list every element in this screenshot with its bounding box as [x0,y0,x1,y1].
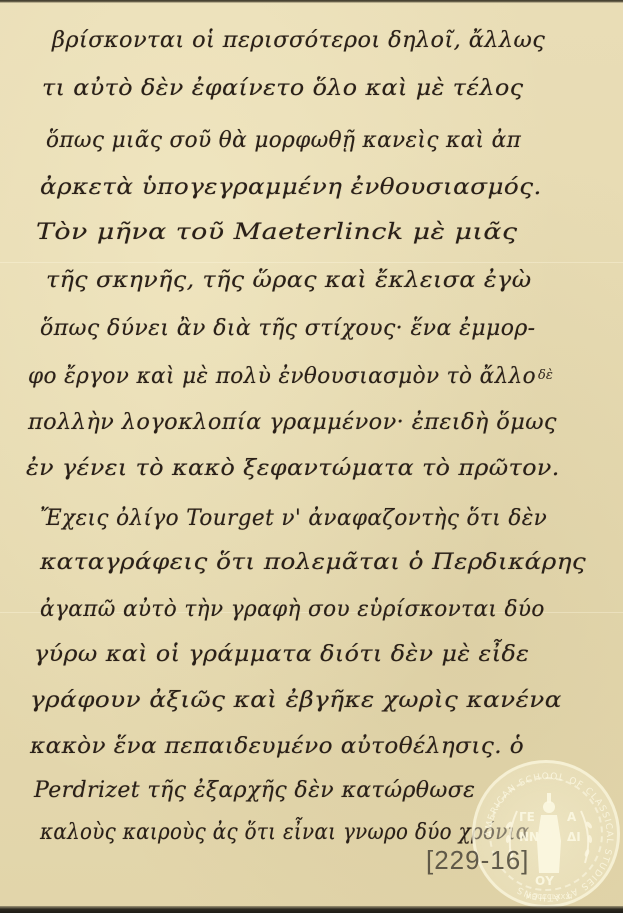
archive-reference-number: [229-16] [426,845,529,876]
seal-date-text: MDCCCLXXXI [526,893,572,901]
handwritten-line-9: πολλὴν λογοκλοπία γραμμένον· ἐπειδὴ ὅμως [28,410,557,435]
handwritten-line-16: κακὸν ἕνα πεπαιδευμένο αὐτοθέλησις. ὁ [30,734,524,759]
paper-fold-line [0,262,623,263]
handwritten-line-13: ἀγαπῶ αὐτὸ τὴν γραφὴ σου εὑρίσκονται δύο [40,597,545,622]
handwritten-line-14: γύρω καὶ οἱ γράμματα διότι δὲν μὲ εἶδε [34,642,529,667]
handwritten-line-5: Τὸν μῆνα τοῦ Maeterlinck μὲ μιᾶς [36,220,518,245]
handwritten-line-17: Perdrizet τῆς ἐξαρχῆς δὲν κατώρθωσε [34,778,475,803]
seal-letters-left-1: ΓΕ [519,810,535,824]
library-seal-stamp: AMERICAN SCHOOL OF CLASSICAL STUDIES AT … [472,760,620,908]
seal-letters-right-2: ΔΙ [567,830,581,844]
handwritten-line-8: φο ἔργον καὶ μὲ πολὺ ἐνθουσιασμὸν τὸ ἄλλ… [28,364,536,389]
handwritten-line-3: ὅπως μιᾶς σοῦ θὰ μορφωθῇ κανεὶς καὶ ἀπ [46,128,521,153]
seal-emblem-icon: AMERICAN SCHOOL OF CLASSICAL STUDIES AT … [475,763,623,911]
interlinear-insertion: δὲ [538,368,553,383]
seal-letters-left-2: ΝΝ [519,830,539,844]
handwritten-line-15: γράφουν ἀξιῶς καὶ ἐβγῆκε χωρὶς κανένα [30,688,562,713]
handwritten-line-6: τῆς σκηνῆς, τῆς ὥρας καὶ ἔκλεισα ἐγὼ [46,268,532,293]
scan-top-edge [0,0,623,3]
scan-bottom-edge [0,906,623,913]
handwritten-line-7: ὅπως δύνει ἂν διὰ τῆς στίχους· ἕνα ἐμμορ… [40,316,536,341]
handwritten-line-11: Ἔχεις ὀλίγο Tourget ν' ἀναφαζοντὴς ὅτι δ… [40,506,547,531]
handwritten-line-1: βρίσκονται οἱ περισσότεροι δηλοῖ, ἄλλως [52,28,545,53]
seal-letters-bottom: ΟΥ [535,874,554,888]
handwritten-line-12: καταγράφεις ὅτι πολεμᾶται ὁ Περδικάρης [40,550,586,575]
handwritten-line-2: τι αὐτὸ δὲν ἐφαίνετο ὅλο καὶ μὲ τέλος [42,76,524,101]
handwritten-line-18: καλοὺς καιροὺς ἀς ὅτι εἶναι γνωρο δύο χρ… [40,820,530,845]
handwritten-line-4: ἀρκετὰ ὑπογεγραμμένη ἐνθουσιασμός. [40,175,542,200]
handwritten-line-10: ἐν γένει τὸ κακὸ ξεφαντώματα τὸ πρῶτον. [26,456,560,481]
seal-letters-right-1: Α [567,810,577,824]
letter-page: βρίσκονται οἱ περισσότεροι δηλοῖ, ἄλλως … [0,0,623,913]
